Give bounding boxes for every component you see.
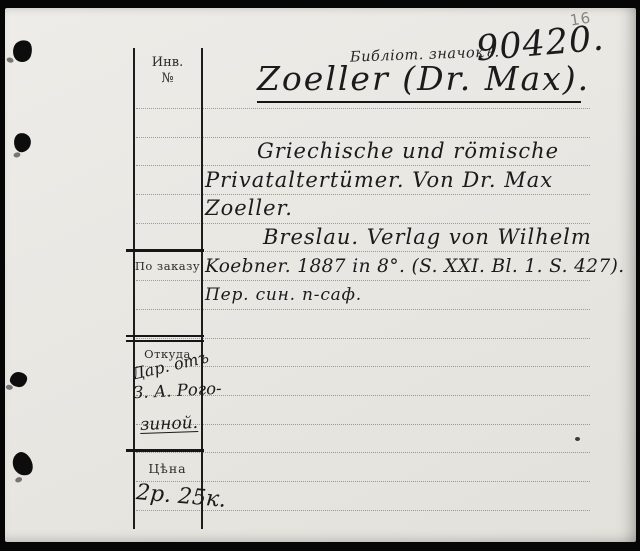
price-label: Цѣна: [134, 461, 201, 476]
ink-speck: [575, 437, 580, 441]
section-divider: [126, 335, 204, 337]
ruled-line: [136, 452, 590, 453]
body-line: Privataltertümer. Von Dr. Max: [205, 166, 553, 195]
ruled-line: [136, 108, 590, 109]
inventory-number-sign: №: [134, 71, 201, 86]
ruled-line: [136, 338, 590, 339]
by-order-label: По заказу: [134, 259, 201, 273]
section-divider: [126, 449, 204, 452]
body-line: Breslau. Verlag von Wilhelm: [205, 223, 592, 252]
binding-note-line: Пер. син. п-саф.: [205, 281, 362, 310]
origin-handwriting: зиной.: [140, 413, 199, 435]
section-divider: [126, 249, 204, 252]
scanned-catalog-card-page: 16 Инв. № По заказу Откуда Цѣна Библіот.…: [0, 0, 640, 551]
inventory-number-label: Инв.: [134, 55, 201, 70]
body-line: Koebner. 1887 in 8°. (S. XXI. Bl. 1. S. …: [205, 252, 625, 281]
ruled-line: [136, 424, 590, 425]
body-line: Griechische und römische: [205, 137, 559, 166]
author-heading: Zoeller (Dr. Max).: [257, 59, 581, 103]
body-line: Zoeller.: [205, 194, 293, 223]
ruled-line: [136, 481, 590, 482]
section-divider: [126, 340, 204, 342]
column-right-border: [201, 48, 203, 529]
column-left-border: [133, 48, 135, 529]
